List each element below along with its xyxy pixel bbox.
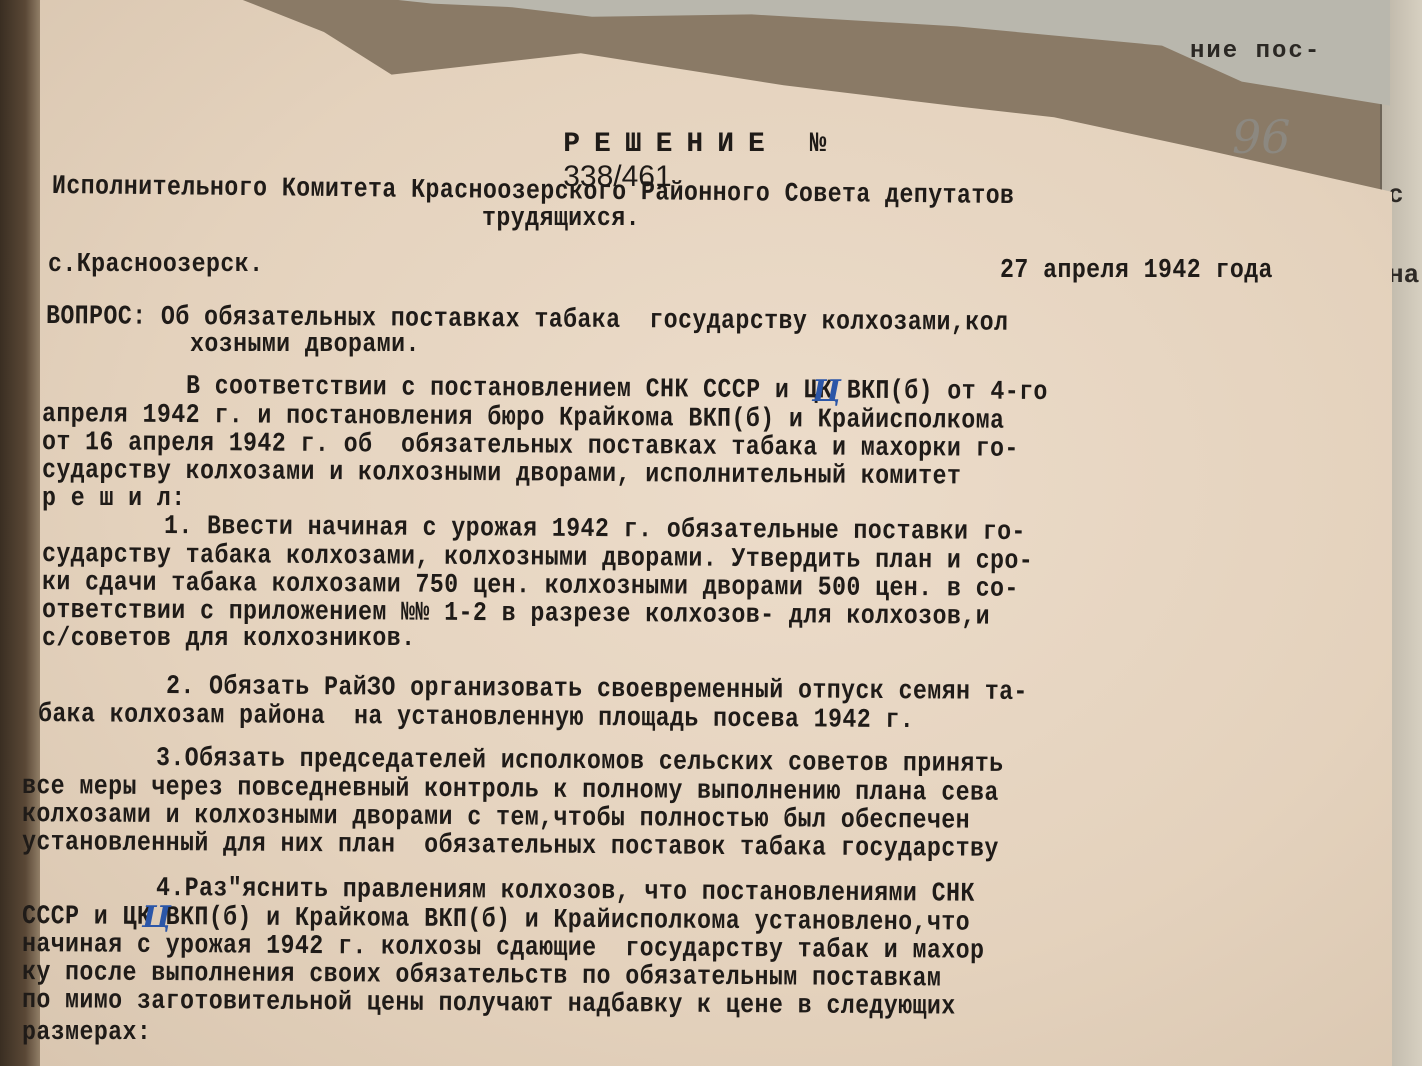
page-number: 96 <box>1232 110 1291 164</box>
item-4-line: по мимо заготовительной цены получают на… <box>22 986 956 1023</box>
question-line: хозными дворами. <box>190 330 420 360</box>
item-3-line: установленный для них план обязательных … <box>22 828 999 865</box>
item-2-line: бака колхозам района на установленную пл… <box>38 700 914 736</box>
ink-mark: Ц <box>812 374 842 409</box>
document: РЕШЕНИЕ № 338/461 96 Исполнительного Ком… <box>0 0 1422 1066</box>
ink-mark: Ц <box>142 900 172 935</box>
item-4-line: размерах: <box>22 1018 151 1048</box>
issuer-line: трудящихся. <box>482 204 640 234</box>
date: 27 апреля 1942 года <box>1000 256 1273 286</box>
item-1-line: с/советов для колхозников. <box>42 624 415 654</box>
title-label: РЕШЕНИЕ № <box>563 129 840 160</box>
place: с.Красноозерск. <box>48 250 263 280</box>
preamble-line: р е ш и л: <box>42 484 186 514</box>
